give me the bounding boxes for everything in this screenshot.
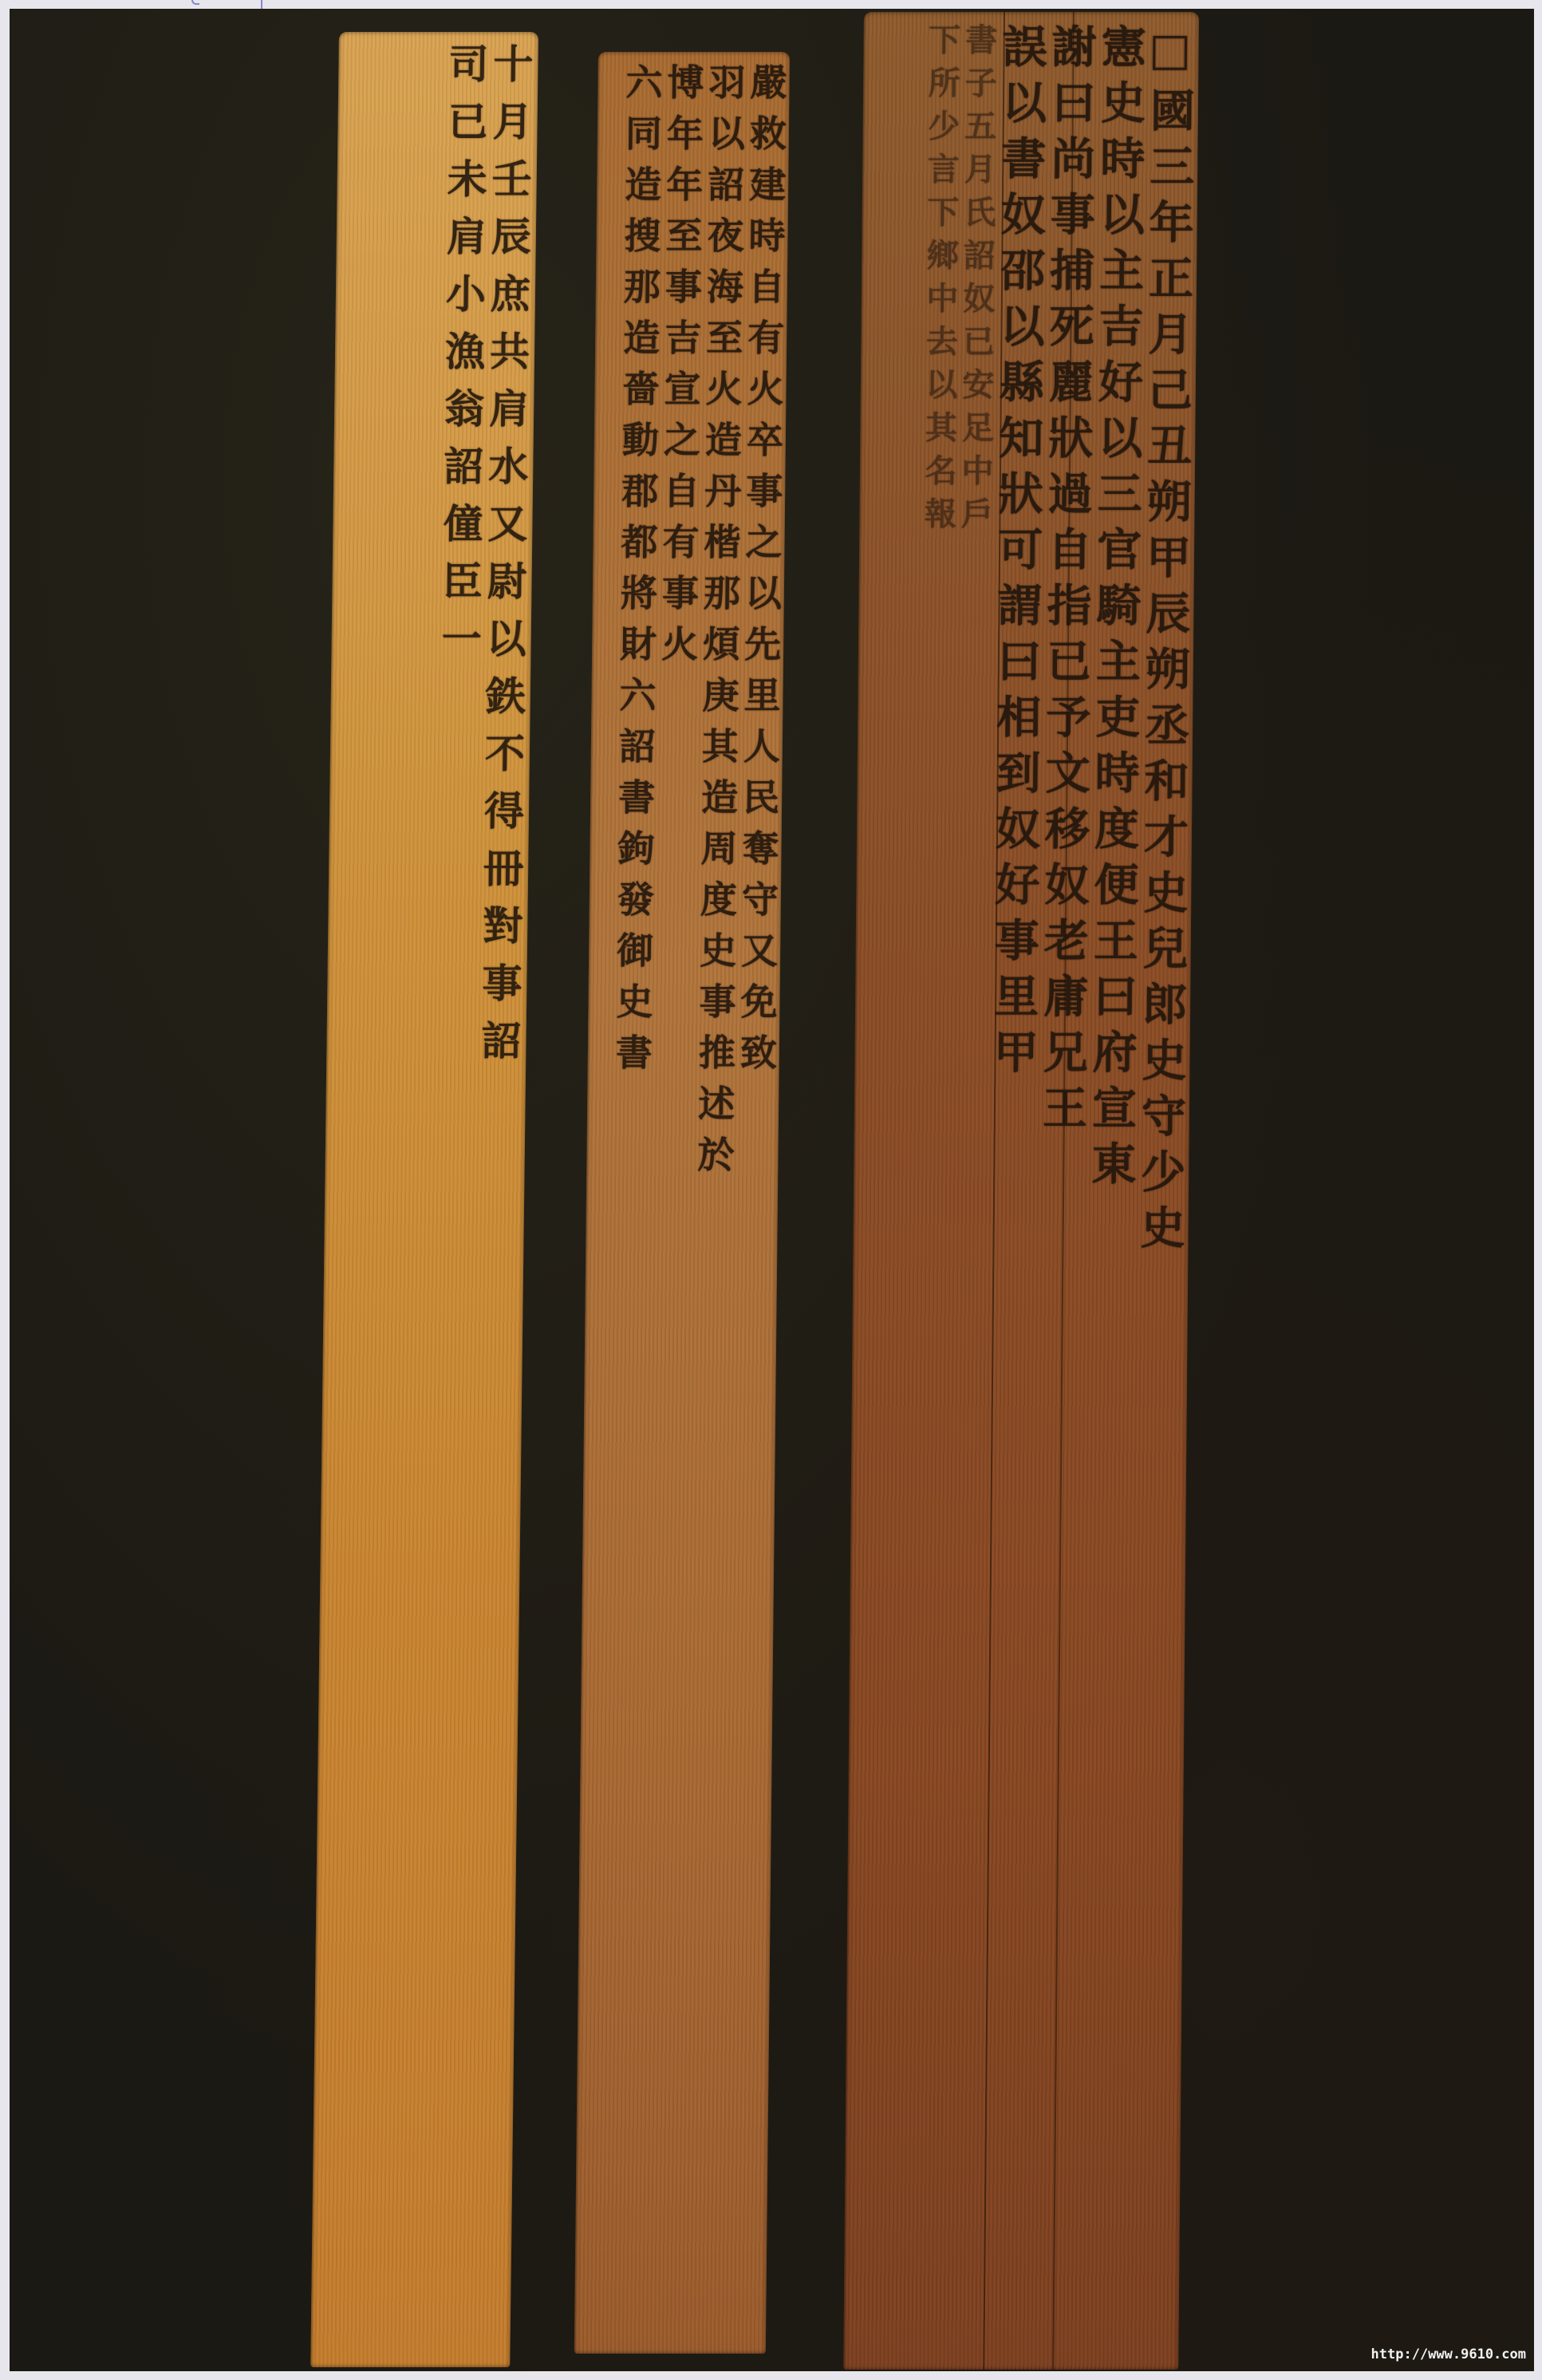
inscription: □國三年正月己丑朔甲辰朔丞和才史兒郎史守少史 憲史時以主吉好以三官騎主吏時度便王… [850, 23, 1192, 2354]
wooden-slip-left: 十月壬辰庶共肩水又尉以鉄不得冊對事詔 司已未肩小漁翁詔僮臣一 [310, 32, 538, 2367]
wooden-slip-middle: 嚴救建時自有火卒事之以先里人民奪守又免致 羽以詔夜海至火造丹楷那煩庚其造周度史事… [574, 52, 790, 2354]
pen-mark [191, 0, 199, 5]
inscription: 十月壬辰庶共肩水又尉以鉄不得冊對事詔 司已未肩小漁翁詔僮臣一 [417, 43, 530, 2351]
wooden-slip-right: □國三年正月己丑朔甲辰朔丞和才史兒郎史守少史 憲史時以主吉好以三官騎主吏時度便王… [843, 12, 1199, 2370]
inscription: 嚴救建時自有火卒事之以先里人民奪守又免致 羽以詔夜海至火造丹楷那煩庚其造周度史事… [579, 63, 785, 2338]
watermark-url: http://www.9610.com [1371, 2346, 1526, 2362]
